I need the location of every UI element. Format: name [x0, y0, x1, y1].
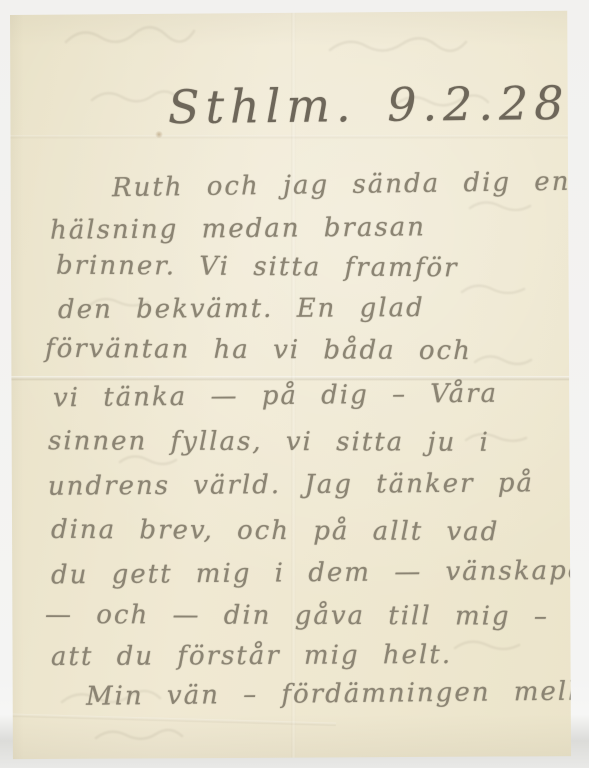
letter-line: Ruth och jag sända dig en — [112, 167, 571, 203]
letter-heading: Sthlm. 9.2.28 — [168, 76, 570, 134]
letter-line: hälsning medan brasan — [50, 212, 426, 245]
letter-line: att du förstår mig helt. — [51, 640, 452, 672]
letter-line: den bekvämt. En glad — [58, 293, 425, 325]
letter-line: brinner. Vi sitta framför — [56, 251, 459, 284]
letter-line: förväntan ha vi båda och — [45, 334, 472, 366]
letter-line: — och — din gåva till mig – den — [45, 600, 589, 632]
photo-background: Sthlm. 9.2.28 Ruth och jag sända dig en … — [0, 0, 589, 768]
letter-line: du gett mig i dem — vänskapen — [51, 556, 589, 591]
letter-line: vi tänka — på dig – Våra — [53, 379, 498, 414]
letter-line: Min vän – fördämningen mellan — [86, 676, 589, 712]
letter-line: undrens värld. Jag tänker på — [48, 468, 534, 501]
letter-paper: Sthlm. 9.2.28 Ruth och jag sända dig en … — [0, 0, 589, 768]
letter-line: dina brev, och på allt vad — [51, 515, 500, 547]
letter-line: sinnen fyllas, vi sitta ju i — [48, 426, 490, 458]
